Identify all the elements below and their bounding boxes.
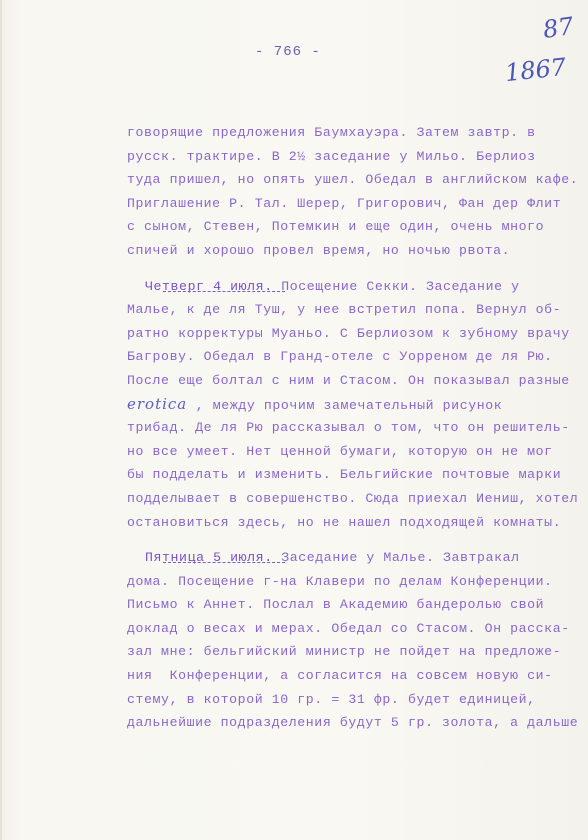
text-line: спичей и хорошо провел время, но ночью р… (127, 239, 567, 263)
text-line: ния Конференции, а согласится на совсем … (127, 664, 567, 688)
text-line: дальнейшие подразделения будут 5 гр. зол… (127, 711, 567, 735)
text-line: Четверг 4 июля. Посещение Секки. Заседан… (127, 275, 567, 299)
text-line: стему, в которой 10 гр. = 31 фр. будет е… (127, 688, 567, 712)
text-line: остановиться здесь, но не нашел подходящ… (127, 511, 567, 535)
text-line: трибад. Де ля Рю рассказывал о том, что … (127, 416, 567, 440)
text-line: Багрову. Обедал в Гранд-отеле с Уорреном… (127, 345, 567, 369)
paragraph-3: Пятница 5 июля. Заседание у Малье. Завтр… (127, 546, 567, 735)
text-line: Приглашение Р. Тал. Шерер, Григорович, Ф… (127, 192, 567, 216)
text-line: Пятница 5 июля. Заседание у Малье. Завтр… (127, 546, 567, 570)
text-line: Малье, к де ля Туш, у нее встретил попа.… (127, 298, 567, 322)
handwritten-insert: erotica (127, 395, 187, 413)
text-line: подделывает в совершенство. Сюда приехал… (127, 487, 567, 511)
text-line: доклад о весах и мерах. Обедал со Стасом… (127, 617, 567, 641)
text-line: Письмо к Аннет. Послал в Академию бандер… (127, 593, 567, 617)
text-span: Заседание у Малье. Завтракал (273, 550, 520, 565)
date-heading-friday: Пятница 5 июля. (145, 550, 273, 565)
text-span: Посещение Секки. Заседание у (273, 279, 520, 294)
paragraph-2: Четверг 4 июля. Посещение Секки. Заседан… (127, 275, 567, 535)
text-line: но все умеет. Нет ценной бумаги, которую… (127, 440, 567, 464)
text-line: говорящие предложения Баумхауэра. Затем … (127, 121, 567, 145)
text-line: с сыном, Стевен, Потемкин и еще один, оч… (127, 215, 567, 239)
text-line: дома. Посещение г-на Клавери по делам Ко… (127, 570, 567, 594)
paragraph-1: говорящие предложения Баумхауэра. Затем … (127, 121, 567, 263)
typewritten-body: говорящие предложения Баумхауэра. Затем … (127, 121, 567, 735)
text-line: После еще болтал с ним и Стасом. Он пока… (127, 369, 567, 393)
folio-number-handwritten: 87 (541, 12, 575, 44)
text-line: erotica , между прочим замечательный рис… (127, 393, 567, 417)
text-line: зал мне: бельгийский министр не пойдет н… (127, 640, 567, 664)
text-span: , между прочим замечательный рисунок (187, 398, 502, 413)
text-line: ратно корректуры Муаньо. С Берлиозом к з… (127, 322, 567, 346)
document-page: - 766 - 87 1867 говорящие предложения Ба… (0, 0, 588, 840)
page-number: - 766 - (255, 44, 321, 60)
text-line: туда пришел, но опять ушел. Обедал в анг… (127, 168, 567, 192)
text-line: русск. трактире. В 2½ заседание у Мильо.… (127, 145, 567, 169)
text-line: бы подделать и изменить. Бельгийские поч… (127, 463, 567, 487)
year-annotation-handwritten: 1867 (504, 53, 568, 87)
date-heading-thursday: Четверг 4 июля. (145, 279, 273, 294)
